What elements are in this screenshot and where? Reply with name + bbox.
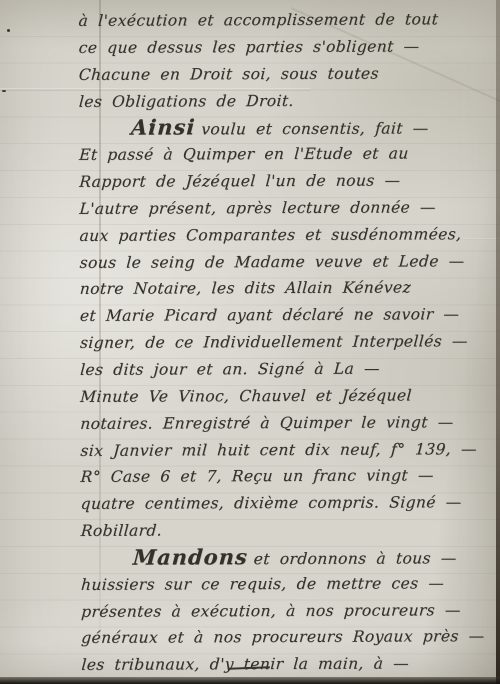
manuscript-line: sous le seing de Madame veuve et Lede — bbox=[79, 248, 483, 277]
manuscript-line: Robillard. bbox=[80, 516, 484, 545]
manuscript-line: et Marie Picard ayant déclaré ne savoir … bbox=[79, 301, 483, 330]
manuscript-line: six Janvier mil huit cent dix neuf, f° 1… bbox=[80, 436, 484, 465]
manuscript-line: huissiers sur ce requis, de mettre ces — bbox=[80, 570, 484, 599]
manuscript-line: L'autre présent, après lecture donnée — bbox=[79, 194, 483, 223]
manuscript-photo: à l'exécution et accomplissement de tout… bbox=[0, 0, 500, 684]
ink-speck bbox=[150, 123, 154, 127]
manuscript-line: les Obligations de Droit. bbox=[78, 87, 482, 116]
manuscript-line: Rapport de Jézéquel l'un de nous — bbox=[78, 167, 482, 196]
manuscript-line: les dits jour et an. Signé à La — bbox=[79, 355, 483, 384]
page-bottom-edge-shadow bbox=[0, 677, 500, 684]
manuscript-line: Mandonset ordonnons à tous — bbox=[80, 543, 484, 572]
manuscript-line: quatre centimes, dixième compris. Signé … bbox=[80, 489, 484, 518]
manuscript-line: R° Case 6 et 7, Reçu un franc vingt — bbox=[80, 462, 484, 491]
manuscript-line: signer, de ce Individuellement Interpell… bbox=[79, 328, 483, 357]
ink-speck bbox=[2, 90, 6, 92]
manuscript-line: Ainsivoulu et consentis, fait — bbox=[78, 113, 482, 142]
page-right-edge-shadow bbox=[496, 0, 500, 684]
ink-speck bbox=[7, 29, 10, 32]
manuscript-line: ce que dessus les parties s'obligent — bbox=[78, 33, 482, 62]
manuscript-line: Minute Ve Vinoc, Chauvel et Jézéquel bbox=[79, 382, 483, 411]
manuscript-line: Et passé à Quimper en l'Etude et au bbox=[78, 140, 482, 169]
paragraph-lead-word: Ainsi bbox=[130, 115, 202, 140]
manuscript-line: aux parties Comparantes et susdénommées, bbox=[79, 221, 483, 250]
manuscript-line: les tribunaux, d'y tenir la main, à — bbox=[81, 650, 485, 679]
manuscript-line: notaires. Enregistré à Quimper le vingt … bbox=[79, 409, 483, 438]
manuscript-line: généraux et à nos procureurs Royaux près… bbox=[80, 624, 484, 653]
manuscript-line: présentes à exécution, à nos procureurs … bbox=[80, 597, 484, 626]
manuscript-line: à l'exécution et accomplissement de tout bbox=[78, 6, 482, 35]
manuscript-line: Chacune en Droit soi, sous toutes bbox=[78, 60, 482, 89]
manuscript-lines: à l'exécution et accomplissement de tout… bbox=[79, 6, 484, 679]
manuscript-line: notre Notaire, les dits Allain Kénévez bbox=[79, 275, 483, 304]
paragraph-lead-word: Mandons bbox=[132, 544, 255, 570]
